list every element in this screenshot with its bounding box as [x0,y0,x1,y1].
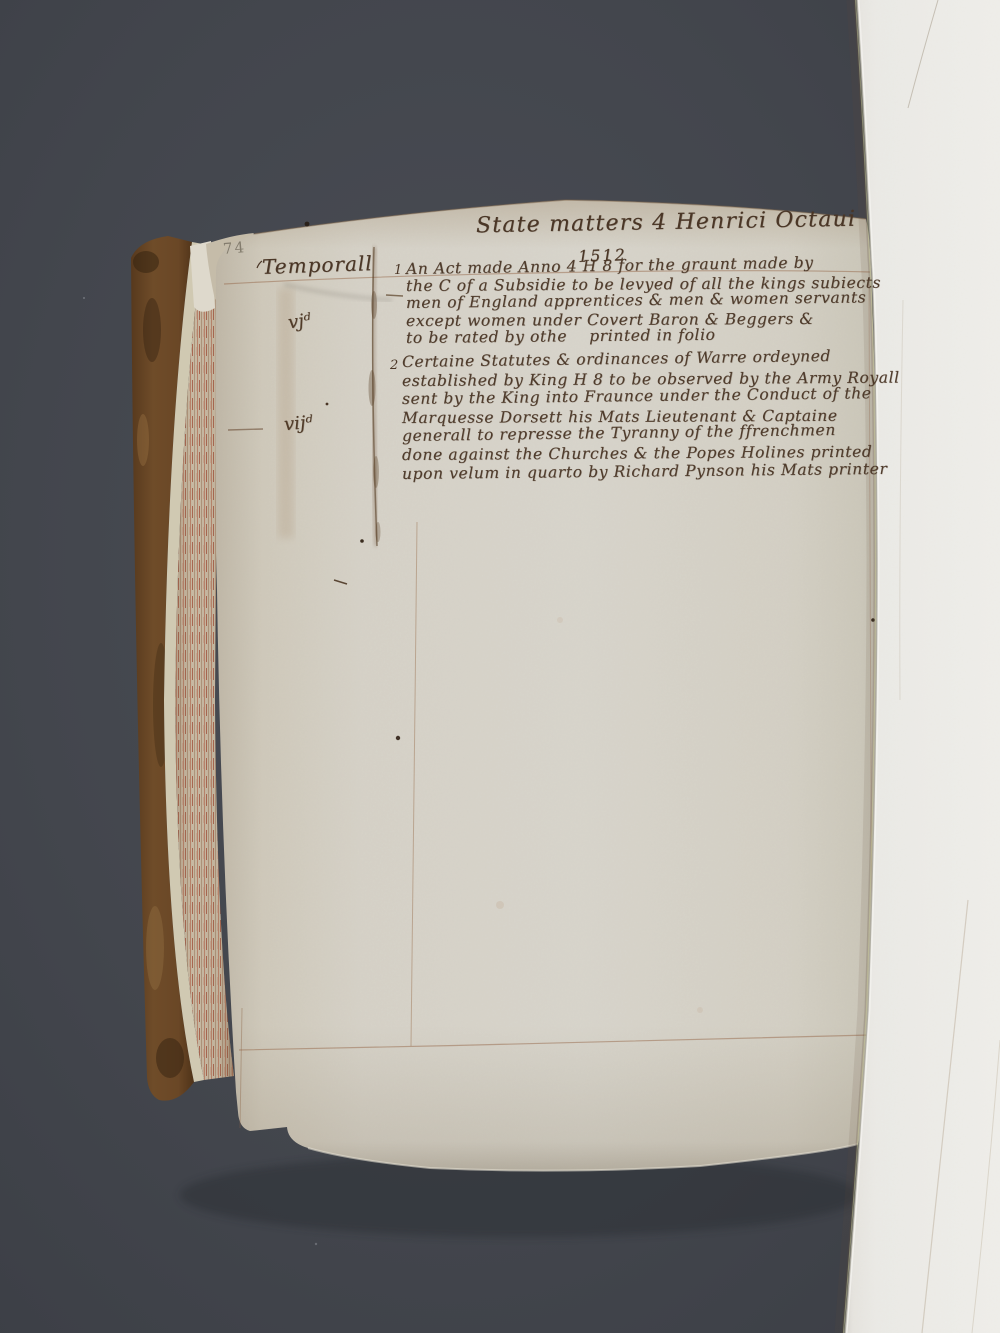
leather-wear [137,414,149,466]
background-speck [315,1243,317,1245]
entry-number: 2 [390,358,398,373]
entry-2: Certaine Statutes & ordinances of Warre … [402,353,900,483]
background-speck [83,297,85,299]
section-heading: Temporall [262,251,373,279]
manuscript-line: to be rated by othe printed in folio [406,325,881,347]
leather-wear [133,251,159,273]
entry-1: An Act made Anno 4 H 8 for the graunt ma… [406,261,881,347]
book-photo-art [0,0,1000,1333]
leather-wear [146,906,164,990]
margin-price-mark: vjᵈ [287,310,313,334]
margin-price-mark: vijᵈ [283,412,313,435]
leather-wear [143,298,161,362]
folio-number: 74 [222,238,247,258]
leather-wear [156,1038,184,1078]
manuscript-photograph: 74 Temporall State matters 4 Henrici Oct… [0,0,1000,1333]
entry-number: 1 [394,263,402,278]
